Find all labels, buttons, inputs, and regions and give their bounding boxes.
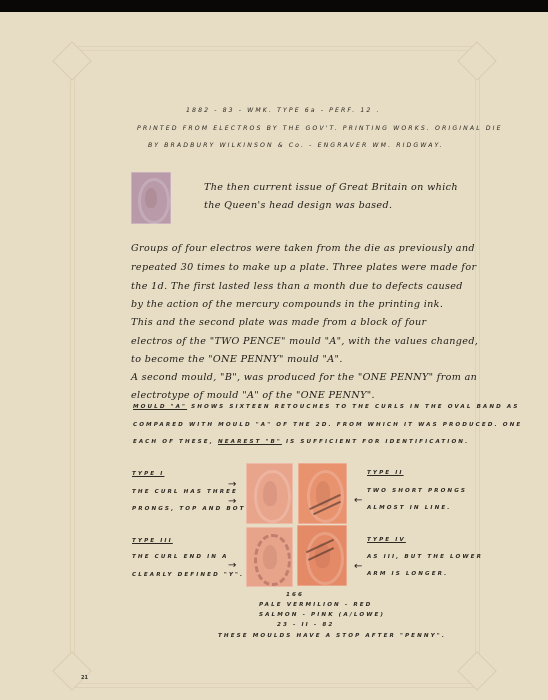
body-line: electrotype of mould "A" of the "ONE PEN… (131, 390, 375, 401)
type-3-line-2: CLEARLY DEFINED "Y". (132, 572, 244, 578)
intro-caption-line-1: The then current issue of Great Britain … (204, 182, 458, 193)
type-4-title: TYPE IV (367, 537, 406, 543)
mould-note-line-1: MOULD "A" SHOWS SIXTEEN RETOUCHES TO THE… (133, 404, 520, 410)
arrow-right-icon: → (228, 561, 236, 571)
stamp-type-2 (298, 463, 347, 524)
arrow-left-icon: ← (354, 562, 362, 572)
type-2-line-2: ALMOST IN LINE. (367, 505, 452, 511)
body-line: repeated 30 times to make up a plate. Th… (131, 262, 476, 273)
mould-note-text: EACH OF THESE, (133, 439, 218, 445)
queen-head-portrait (263, 481, 277, 505)
top-edge-bar (0, 0, 548, 12)
mould-note-line-3: EACH OF THESE, NEAREST "B" IS SUFFICIENT… (133, 439, 469, 445)
body-line: electros of the "TWO PENCE" mould "A", w… (131, 336, 478, 347)
page-number: 21 (81, 675, 88, 681)
great-britain-penny-lilac-stamp (131, 172, 171, 224)
body-line: This and the second plate was made from … (131, 317, 426, 328)
moulds-note: THESE MOULDS HAVE A STOP AFTER "PENNY". (218, 633, 446, 639)
mould-note-text: SHOWS SIXTEEN RETOUCHES TO THE CURLS IN … (187, 404, 519, 410)
type-4-line-2: ARM IS LONGER. (367, 571, 448, 577)
stamp-type-4 (297, 525, 347, 586)
mould-note-text: IS SUFFICIENT FOR IDENTIFICATION. (282, 439, 469, 445)
intro-caption-line-2: the Queen's head design was based. (204, 200, 392, 211)
type-2-line-1: TWO SHORT PRONGS (367, 488, 467, 494)
body-line: by the action of the mercury compounds i… (131, 299, 443, 310)
type-1-title: TYPE I (132, 471, 164, 477)
type-3-line-1: THE CURL END IN A (132, 554, 229, 560)
shade-1: PALE VERMILION - RED (259, 602, 372, 608)
issue-heading: 1882 - 83 - WMK. TYPE 6a - PERF. 12 . (186, 107, 381, 114)
type-2-title: TYPE II (367, 470, 404, 476)
nearest-b-label: NEAREST "B" (218, 439, 282, 445)
stamp-type-3 (246, 527, 293, 587)
issue-date: 23 - II - 82 (277, 622, 334, 628)
catalogue-number: 166 (286, 592, 304, 598)
stamp-type-1 (246, 463, 293, 524)
arrow-right-icon: → (228, 480, 236, 490)
body-line: Groups of four electros were taken from … (131, 243, 475, 254)
type-1-line-1: THE CURL HAS THREE (132, 489, 238, 495)
engraver-note: BY BRADBURY WILKINSON & Co. - ENGRAVER W… (148, 142, 444, 149)
body-line: the 1d. The first lasted less than a mon… (131, 281, 463, 292)
arrow-left-icon: ← (354, 496, 362, 506)
type-3-title: TYPE III (132, 538, 173, 544)
shade-2: SALMON - PINK (A/LOWE) (259, 612, 385, 618)
arrow-right-icon: → (228, 497, 236, 507)
queen-head-portrait (263, 545, 277, 569)
body-line: to become the "ONE PENNY" mould "A". (131, 354, 343, 365)
type-4-line-1: AS III, BUT THE LOWER (367, 554, 483, 560)
body-line: A second mould, "B", was produced for th… (131, 372, 477, 383)
mould-note-line-2: COMPARED WITH MOULD "A" OF THE 2D. FROM … (133, 422, 522, 428)
mould-a-label: MOULD "A" (133, 404, 187, 410)
printing-note: PRINTED FROM ELECTROS BY THE GOV'T. PRIN… (137, 125, 503, 132)
queen-head-portrait (145, 188, 157, 209)
